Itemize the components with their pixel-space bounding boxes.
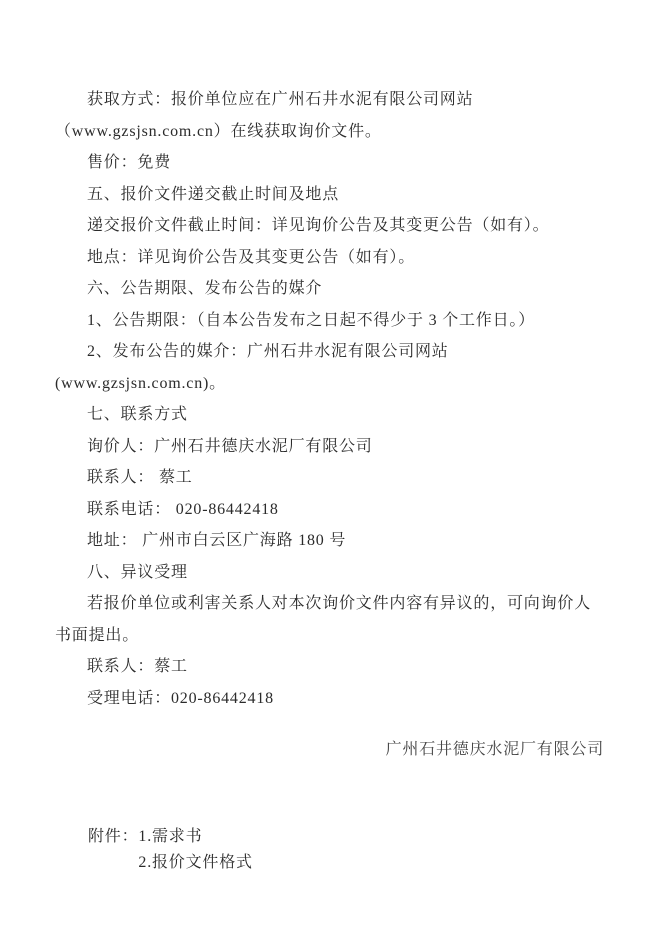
para-submission-deadline: 递交报价文件截止时间：详见询价公告及其变更公告（如有）。 <box>55 210 604 242</box>
para-objection-phone: 受理电话：020-86442418 <box>55 683 604 715</box>
para-address: 地址： 广州市白云区广海路 180 号 <box>55 525 604 557</box>
document-page: 获取方式：报价单位应在广州石井水泥有限公司网站（www.gzsjsn.com.c… <box>0 0 661 936</box>
heading-section-6: 六、公告期限、发布公告的媒介 <box>55 273 604 305</box>
para-announcement-period: 1、公告期限：（自本公告发布之日起不得少于 3 个工作日。） <box>55 305 604 337</box>
para-objection: 若报价单位或利害关系人对本次询价文件内容有异议的，可向询价人书面提出。 <box>55 588 604 651</box>
para-objection-contact: 联系人：蔡工 <box>55 651 604 683</box>
para-inquirer: 询价人：广州石井德庆水泥厂有限公司 <box>55 431 604 463</box>
para-contact-person: 联系人： 蔡工 <box>55 462 604 494</box>
heading-section-7: 七、联系方式 <box>55 399 604 431</box>
para-sale-price: 售价：免费 <box>55 147 604 179</box>
para-acquisition-method: 获取方式：报价单位应在广州石井水泥有限公司网站（www.gzsjsn.com.c… <box>55 84 604 147</box>
document-body: 获取方式：报价单位应在广州石井水泥有限公司网站（www.gzsjsn.com.c… <box>0 0 661 876</box>
attachment-item: 1.需求书 <box>138 824 252 850</box>
attachment-item: 2.报价文件格式 <box>138 850 252 876</box>
para-contact-phone: 联系电话： 020-86442418 <box>55 494 604 526</box>
para-announcement-media: 2、发布公告的媒介：广州石井水泥有限公司网站(www.gzsjsn.com.cn… <box>55 336 604 399</box>
attachments-label: 附件： <box>88 824 138 850</box>
para-submission-location: 地点：详见询价公告及其变更公告（如有）。 <box>55 242 604 274</box>
signature-company-name: 广州石井德庆水泥厂有限公司 <box>55 734 604 766</box>
attachments-list: 1.需求书 2.报价文件格式 <box>138 824 252 876</box>
attachments-block: 附件： 1.需求书 2.报价文件格式 <box>88 824 604 876</box>
heading-section-5: 五、报价文件递交截止时间及地点 <box>55 179 604 211</box>
heading-section-8: 八、异议受理 <box>55 557 604 589</box>
